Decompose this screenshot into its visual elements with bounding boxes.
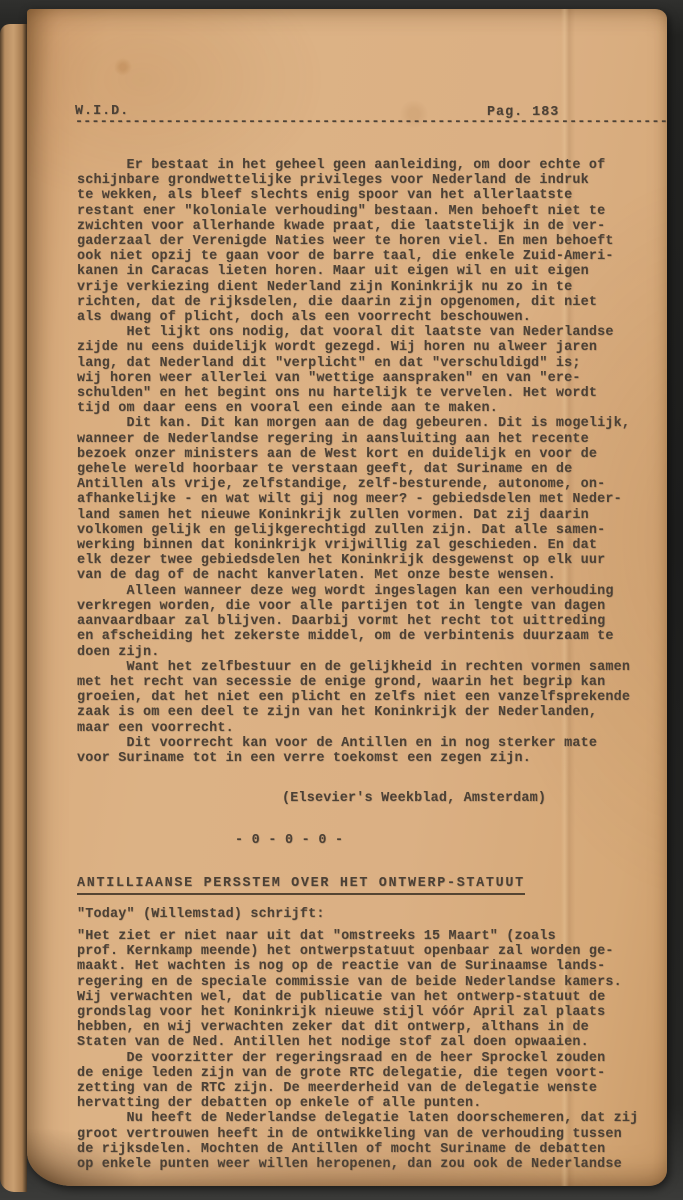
text-line: de rijksdelen. Mochten de Antillen of mo… xyxy=(77,1142,649,1157)
text-line: tijd om daar eens en vooral een einde aa… xyxy=(77,401,649,416)
text-line: gehele wereld hoorbaar te verstaan geeft… xyxy=(77,462,649,477)
text-line: Antillen als vrije, zelfstandige, zelf-b… xyxy=(77,477,649,492)
text-line: groeien, dat het niet een plicht en zelf… xyxy=(77,690,649,705)
page-content: W.I.D. Pag. 183 ------------------------… xyxy=(27,104,667,1172)
text-line: maakt. Het wachten is nog op de reactie … xyxy=(77,959,649,974)
book-scan: W.I.D. Pag. 183 ------------------------… xyxy=(0,0,683,1200)
text-line: Het lijkt ons nodig, dat vooral dit laat… xyxy=(77,325,649,340)
text-line: als dwang of plicht, doch als een voorre… xyxy=(77,310,649,325)
text-line: gaderzaal der Verenigde Naties weer te h… xyxy=(77,234,649,249)
text-line: van de dag of de nacht kanverlaten. Met … xyxy=(77,568,649,583)
paragraph: Want het zelfbestuur en de gelijkheid in… xyxy=(77,660,649,736)
text-line: doen zijn. xyxy=(77,645,649,660)
paragraph: Nu heeft de Nederlandse delegatie laten … xyxy=(77,1111,649,1172)
previous-page-edge xyxy=(0,24,27,1192)
text-line: Dit kan. Dit kan morgen aan de dag gebeu… xyxy=(77,416,649,431)
text-line: Want het zelfbestuur en de gelijkheid in… xyxy=(77,660,649,675)
paragraph: Er bestaat in het geheel geen aanleiding… xyxy=(77,158,649,325)
text-line: Wij verwachten wel, dat de publicatie va… xyxy=(77,990,649,1005)
text-line: land samen het nieuwe Koninkrijk zullen … xyxy=(77,508,649,523)
article-heading: ANTILLIAANSE PERSSTEM OVER HET ONTWERP-S… xyxy=(77,876,525,895)
paragraph: "Het ziet er niet naar uit dat "omstreek… xyxy=(77,929,649,1051)
text-line: schijnbare grondwettelijke privileges vo… xyxy=(77,173,649,188)
text-line: restant ener "koloniale verhouding" best… xyxy=(77,204,649,219)
text-line: wanneer de Nederlandse regering in aansl… xyxy=(77,432,649,447)
text-line: Staten van de Ned. Antillen het nodige s… xyxy=(77,1035,649,1050)
quote-intro: "Today" (Willemstad) schrijft: xyxy=(77,907,649,922)
text-line: maar een voorrecht. xyxy=(77,721,649,736)
text-line: zetting van de RTC zijn. De meerderheid … xyxy=(77,1081,649,1096)
text-line: met het recht van secessie de enige gron… xyxy=(77,675,649,690)
paragraph: Dit kan. Dit kan morgen aan de dag gebeu… xyxy=(77,416,649,583)
paragraph: Alleen wanneer deze weg wordt ingeslagen… xyxy=(77,584,649,660)
source-attribution: (Elsevier's Weekblad, Amsterdam) xyxy=(282,791,649,806)
text-line: regering en de speciale commissie van de… xyxy=(77,975,649,990)
text-line: De voorzitter der regeringsraad en de he… xyxy=(77,1051,649,1066)
text-line: op enkele punten weer willen heropenen, … xyxy=(77,1157,649,1172)
text-line: schulden" en het begint ons nu hartelijk… xyxy=(77,386,649,401)
text-line: vrije verkiezing dient Nederland zijn Ko… xyxy=(77,280,649,295)
text-line: richten, dat de rijksdelen, die daarin z… xyxy=(77,295,649,310)
article-heading-row: ANTILLIAANSE PERSSTEM OVER HET ONTWERP-S… xyxy=(77,876,649,895)
header-rule: ----------------------------------------… xyxy=(75,115,668,130)
article-body: Er bestaat in het geheel geen aanleiding… xyxy=(77,158,649,1172)
text-line: verkregen worden, die voor alle partijen… xyxy=(77,599,649,614)
text-line: volkomen gelijk en gelijkgerechtigd zull… xyxy=(77,523,649,538)
text-line: kanen in Caracas lieten horen. Maar uit … xyxy=(77,264,649,279)
text-line: prof. Kernkamp meende) het ontwerpstatuu… xyxy=(77,944,649,959)
document-page: W.I.D. Pag. 183 ------------------------… xyxy=(27,9,667,1186)
text-line: afhankelijke - en wat wilt gij nog meer?… xyxy=(77,492,649,507)
text-line: aanvaardbaar zal blijven. Daarbij vormt … xyxy=(77,614,649,629)
text-line: bezoek onzer ministers aan de West kort … xyxy=(77,447,649,462)
text-line: zijde nu eens duidelijk wordt gezegd. Wi… xyxy=(77,340,649,355)
text-line: "Het ziet er niet naar uit dat "omstreek… xyxy=(77,929,649,944)
text-line: voor Suriname tot in een verre toekomst … xyxy=(77,751,649,766)
text-line: wij horen weer allerlei van "wettige aan… xyxy=(77,371,649,386)
text-line: werking binnen dat koninkrijk vrijwillig… xyxy=(77,538,649,553)
text-line: en afscheiding het zekerste middel, om d… xyxy=(77,629,649,644)
text-line: Er bestaat in het geheel geen aanleiding… xyxy=(77,158,649,173)
text-line: Alleen wanneer deze weg wordt ingeslagen… xyxy=(77,584,649,599)
paragraph: Dit voorrecht kan voor de Antillen en in… xyxy=(77,736,649,766)
text-line: groot vertrouwen heeft in de ontwikkelin… xyxy=(77,1127,649,1142)
text-line: de enige leden zijn van de grote RTC del… xyxy=(77,1066,649,1081)
text-line: Dit voorrecht kan voor de Antillen en in… xyxy=(77,736,649,751)
text-line: hebben, en wij verwachten zeker dat dit … xyxy=(77,1020,649,1035)
paragraph: De voorzitter der regeringsraad en de he… xyxy=(77,1051,649,1112)
text-line: hervatting der debatten op enkele of all… xyxy=(77,1096,649,1111)
text-line: grondslag voor het Koninkrijk nieuwe sti… xyxy=(77,1005,649,1020)
text-line: zaak is om een deel te zijn van het Koni… xyxy=(77,705,649,720)
text-line: elk dezer twee gebiedsdelen het Koninkri… xyxy=(77,553,649,568)
paragraph: Het lijkt ons nodig, dat vooral dit laat… xyxy=(77,325,649,416)
text-line: te wekken, als bleef slechts enig spoor … xyxy=(77,188,649,203)
text-line: Nu heeft de Nederlandse delegatie laten … xyxy=(77,1111,649,1126)
text-line: lang, dat Nederland dit "verplicht" en d… xyxy=(77,356,649,371)
text-line: zwichten voor allerhande kwade praat, di… xyxy=(77,219,649,234)
text-line: ook niet opzij te gaan voor de barre taa… xyxy=(77,249,649,264)
page-header: W.I.D. Pag. 183 ------------------------… xyxy=(77,104,649,136)
section-separator: - 0 - 0 - 0 - xyxy=(235,833,649,848)
